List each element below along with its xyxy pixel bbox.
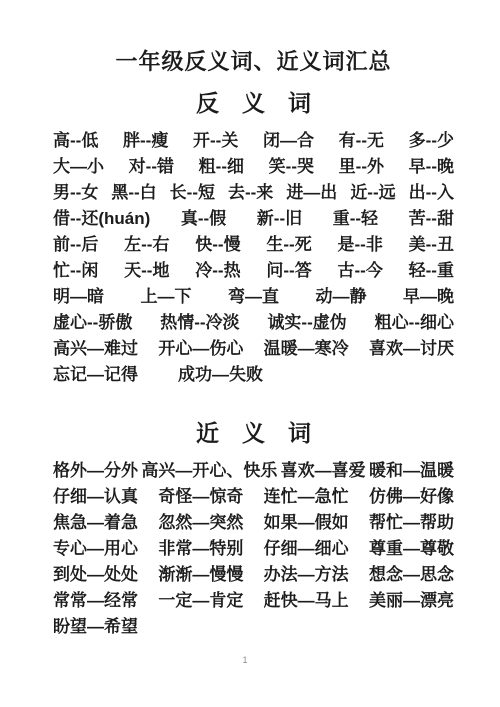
word-pair: 一定—肯定 — [158, 588, 243, 614]
word-line: 男--女黑--白长--短去--来进—出近--远出--入 — [53, 180, 454, 206]
word-line: 焦急—着急忽然—突然如果—假如帮忙—帮助 — [53, 510, 454, 536]
word-line: 忙--闲天--地冷--热问--答古--今轻--重 — [53, 258, 454, 284]
word-pair: 焦急—着急 — [53, 510, 138, 536]
word-pair: 喜欢—喜爱 — [281, 458, 366, 484]
word-pair: 专心—用心 — [53, 536, 138, 562]
word-pair: 进—出 — [286, 180, 337, 206]
word-pair: 苦--甜 — [409, 206, 454, 232]
word-pair: 帮忙—帮助 — [369, 510, 454, 536]
word-pair: 问--答 — [266, 258, 311, 284]
word-pair: 渐渐—慢慢 — [158, 562, 243, 588]
word-pair: 大—小 — [53, 154, 104, 180]
word-section: 近 义 词格外—分外高兴—开心、快乐喜欢—喜爱暖和—温暖仔细—认真奇怪—惊奇连忙… — [53, 419, 454, 640]
word-pair: 有--无 — [339, 128, 384, 154]
word-pair: 去--来 — [228, 180, 273, 206]
word-pair: 连忙—急忙 — [264, 484, 349, 510]
word-pair: 高--低 — [53, 128, 98, 154]
word-pair: 快--慢 — [195, 232, 240, 258]
word-pair: 奇怪—惊奇 — [158, 484, 243, 510]
section-lines: 高--低胖--瘦开--关闭—合有--无多--少大—小对--错粗--细笑--哭里-… — [53, 128, 454, 388]
word-pair: 对--错 — [129, 154, 174, 180]
word-pair: 胖--瘦 — [123, 128, 168, 154]
word-pair: 暖和—温暖 — [369, 458, 454, 484]
word-pair: 长--短 — [170, 180, 215, 206]
word-pair: 高兴—开心、快乐 — [141, 458, 277, 484]
word-pair: 粗心--细心 — [375, 310, 454, 336]
word-pair: 左--右 — [124, 232, 169, 258]
section-lines: 格外—分外高兴—开心、快乐喜欢—喜爱暖和—温暖仔细—认真奇怪—惊奇连忙—急忙仿佛… — [53, 458, 454, 640]
word-pair: 忽然—突然 — [158, 510, 243, 536]
word-line: 虚心--骄傲热情--冷淡诚实--虚伪粗心--细心 — [53, 310, 454, 336]
word-pair: 成功—失败 — [178, 362, 263, 388]
word-pair: 前--后 — [53, 232, 98, 258]
word-pair: 忙--闲 — [53, 258, 98, 284]
word-pair: 近--远 — [350, 180, 395, 206]
word-line: 明—暗上—下弯—直动—静早—晚 — [53, 284, 454, 310]
word-pair: 美--丑 — [409, 232, 454, 258]
word-pair: 明—暗 — [53, 284, 104, 310]
word-pair: 仔细—认真 — [53, 484, 138, 510]
word-line: 忘记—记得成功—失败 — [53, 362, 454, 388]
word-pair: 重--轻 — [333, 206, 378, 232]
word-pair: 黑--白 — [111, 180, 156, 206]
word-pair: 闭—合 — [263, 128, 314, 154]
word-line: 盼望—希望 — [53, 614, 454, 640]
word-pair: 温暖—寒冷 — [264, 336, 349, 362]
word-pair: 忘记—记得 — [53, 362, 138, 388]
word-section: 反 义 词高--低胖--瘦开--关闭—合有--无多--少大—小对--错粗--细笑… — [53, 89, 454, 388]
word-pair: 里--外 — [339, 154, 384, 180]
word-pair: 早—晚 — [403, 284, 454, 310]
section-heading: 近 义 词 — [53, 419, 454, 447]
word-pair: 男--女 — [53, 180, 98, 206]
word-pair: 上—下 — [141, 284, 192, 310]
word-pair: 生--死 — [266, 232, 311, 258]
word-pair: 喜欢—讨厌 — [369, 336, 454, 362]
word-line: 高兴—难过开心—伤心温暖—寒冷喜欢—讨厌 — [53, 336, 454, 362]
word-pair: 早--晚 — [409, 154, 454, 180]
word-pair: 赶快—马上 — [264, 588, 349, 614]
word-pair: 天--地 — [124, 258, 169, 284]
word-pair: 想念—思念 — [369, 562, 454, 588]
word-line: 专心—用心非常—特别仔细—细心尊重—尊敬 — [53, 536, 454, 562]
word-pair: 诚实--虚伪 — [267, 310, 346, 336]
section-heading: 反 义 词 — [53, 89, 454, 117]
page-number: 1 — [0, 655, 490, 665]
word-pair: 借--还(huán) — [53, 206, 150, 232]
word-pair: 尊重—尊敬 — [369, 536, 454, 562]
word-pair: 是--非 — [338, 232, 383, 258]
word-pair: 开--关 — [193, 128, 238, 154]
word-line: 大—小对--错粗--细笑--哭里--外早--晚 — [53, 154, 454, 180]
word-pair: 古--今 — [338, 258, 383, 284]
word-pair: 粗--细 — [199, 154, 244, 180]
document-page: 一年级反义词、近义词汇总 反 义 词高--低胖--瘦开--关闭—合有--无多--… — [0, 0, 500, 707]
word-pair: 轻--重 — [409, 258, 454, 284]
word-pair: 冷--热 — [195, 258, 240, 284]
word-pair: 热情--冷淡 — [160, 310, 239, 336]
word-pair: 美丽—漂亮 — [369, 588, 454, 614]
word-pair: 高兴—难过 — [53, 336, 138, 362]
word-pair: 格外—分外 — [53, 458, 138, 484]
word-pair: 到处—处处 — [53, 562, 138, 588]
word-pair: 常常—经常 — [53, 588, 138, 614]
word-pair: 虚心--骄傲 — [53, 310, 132, 336]
document-title: 一年级反义词、近义词汇总 — [53, 48, 454, 76]
word-pair: 动—静 — [316, 284, 367, 310]
word-pair: 弯—直 — [228, 284, 279, 310]
word-line: 到处—处处渐渐—慢慢办法—方法想念—思念 — [53, 562, 454, 588]
word-line: 常常—经常一定—肯定赶快—马上美丽—漂亮 — [53, 588, 454, 614]
word-pair: 笑--哭 — [269, 154, 314, 180]
word-line: 仔细—认真奇怪—惊奇连忙—急忙仿佛—好像 — [53, 484, 454, 510]
word-pair: 开心—伤心 — [158, 336, 243, 362]
word-pair: 出--入 — [409, 180, 454, 206]
word-line: 高--低胖--瘦开--关闭—合有--无多--少 — [53, 128, 454, 154]
word-line: 格外—分外高兴—开心、快乐喜欢—喜爱暖和—温暖 — [53, 458, 454, 484]
word-pair: 办法—方法 — [264, 562, 349, 588]
word-pair: 新--旧 — [257, 206, 302, 232]
word-pair: 非常—特别 — [158, 536, 243, 562]
word-pair: 盼望—希望 — [53, 614, 138, 640]
word-pair: 如果—假如 — [264, 510, 349, 536]
word-sections-container: 反 义 词高--低胖--瘦开--关闭—合有--无多--少大—小对--错粗--细笑… — [53, 89, 454, 640]
word-pair: 仿佛—好像 — [369, 484, 454, 510]
word-pair: 真--假 — [181, 206, 226, 232]
word-pair: 仔细—细心 — [264, 536, 349, 562]
word-pair: 多--少 — [409, 128, 454, 154]
word-line: 借--还(huán)真--假新--旧重--轻苦--甜 — [53, 206, 454, 232]
word-line: 前--后左--右快--慢生--死是--非美--丑 — [53, 232, 454, 258]
